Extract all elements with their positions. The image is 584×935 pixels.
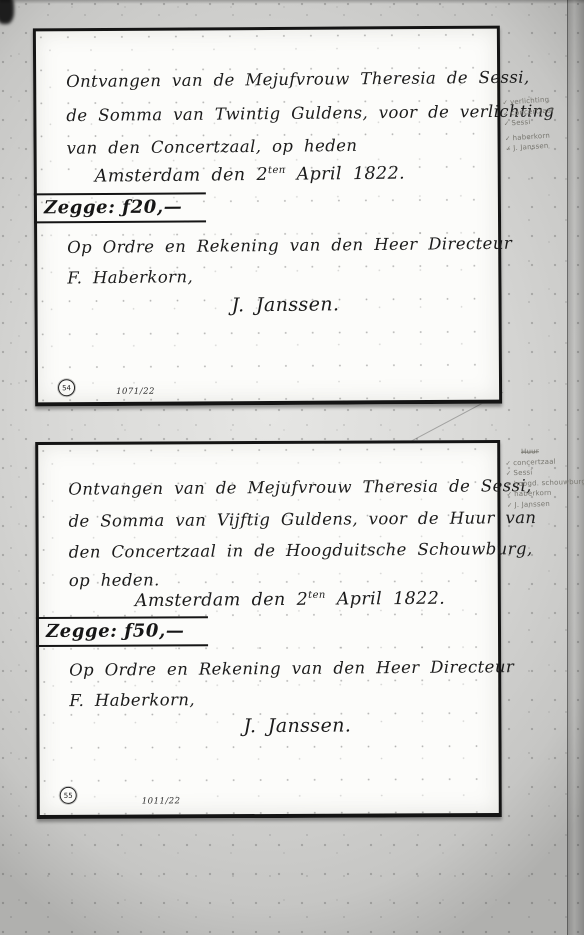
receipt2-date-line: Amsterdam den 2ten April 1822. [135, 589, 445, 611]
date-text: Amsterdam den 2 [95, 165, 268, 187]
receipt2-amount-line: Zegge: ƒ50,— [46, 620, 184, 642]
date-text: April 1822. [286, 164, 406, 185]
check-icon: ✓ [507, 500, 513, 511]
note-item-label: Sessi [511, 118, 531, 127]
note-item-label: verlichting [510, 96, 550, 107]
note-item-label: concertzaal [513, 457, 556, 466]
date-ordinal-superscript: ten [308, 590, 326, 601]
note-item-label: concertzaal [511, 106, 554, 117]
receipt1-director-line: F. Haberkorn, [67, 267, 193, 287]
note-item-label: haberkorn [514, 489, 552, 498]
receipt-huur-f50: Ontvangen van de Mejufvrouw Theresia de … [35, 440, 502, 819]
check-icon: ✓ [506, 489, 512, 500]
note-item-label: J. Janssen [513, 142, 549, 152]
scanned-album-page: Ontvangen van de Mejufvrouw Theresia de … [0, 0, 584, 935]
check-icon: ✓ [505, 143, 511, 154]
receipt2-archive-number: 1011/22 [142, 796, 181, 806]
note-item-label: J. Janssen [514, 499, 550, 508]
note-item: ✓J. Janssen [505, 140, 556, 154]
receipt-verlichting-f20: Ontvangen van de Mejufvrouw Theresia de … [33, 26, 502, 407]
check-icon: ✓ [502, 97, 508, 108]
scan-top-shadow [0, 0, 584, 4]
date-text: Amsterdam den 2 [135, 590, 308, 611]
check-icon: ✓ [505, 133, 511, 144]
receipt2-director-line: F. Haberkorn, [69, 690, 195, 710]
check-icon: ✓ [506, 479, 512, 490]
check-icon: ✓ [505, 458, 511, 469]
receipt2-body-line-4: op heden. [69, 570, 160, 590]
receipt1-date-line: Amsterdam den 2ten April 1822. [95, 164, 405, 187]
receipt2-body-line-1: Ontvangen van de Mejufvrouw Theresia de … [68, 476, 532, 499]
receipt1-amount-line: Zegge: ƒ20,— [44, 197, 183, 219]
margin-note-2: Huur ✓concertzaal ✓Sessi ✓hoogd. schouwb… [505, 445, 584, 511]
check-icon: ✓ [504, 118, 510, 129]
receipt2-stamp-number: 55 [60, 787, 77, 804]
margin-note-1: ✓verlichting ✓concertzaal ✓Sessi ✓haberk… [502, 94, 556, 154]
note-item-label: Sessi [513, 468, 532, 477]
receipt2-body-line-2: de Somma van Vijftig Guldens, voor de Hu… [68, 508, 536, 531]
receipt1-body-line-2: de Somma van Twintig Guldens, voor de ve… [66, 101, 555, 125]
receipt1-amount-rules: Zegge: ƒ20,— [34, 192, 206, 223]
receipt1-body-line-1: Ontvangen van de Mejufvrouw Theresia de … [66, 68, 530, 91]
note-item-label: hoogd. schouwburg [514, 477, 584, 488]
receipt2-amount-rules: Zegge: ƒ50,— [36, 616, 208, 647]
receipt1-body-line-3: van den Concertzaal, op heden [66, 136, 357, 158]
receipt2-signature: J. Janssen. [243, 714, 351, 737]
receipt1-stamp-number: 54 [58, 379, 75, 396]
receipt2-body-line-3: den Concertzaal in de Hoogduitsche Schou… [69, 539, 533, 562]
check-icon: ✓ [506, 468, 512, 479]
date-text: April 1822. [326, 589, 446, 610]
receipt1-archive-number: 1071/22 [116, 387, 155, 397]
receipt1-signature: J. Janssen. [231, 293, 339, 316]
receipt2-order-line: Op Ordre en Rekening van den Heer Direct… [69, 657, 514, 679]
check-icon: ✓ [503, 108, 509, 119]
receipt1-order-line: Op Ordre en Rekening van den Heer Direct… [67, 234, 512, 257]
date-ordinal-superscript: ten [268, 165, 286, 176]
